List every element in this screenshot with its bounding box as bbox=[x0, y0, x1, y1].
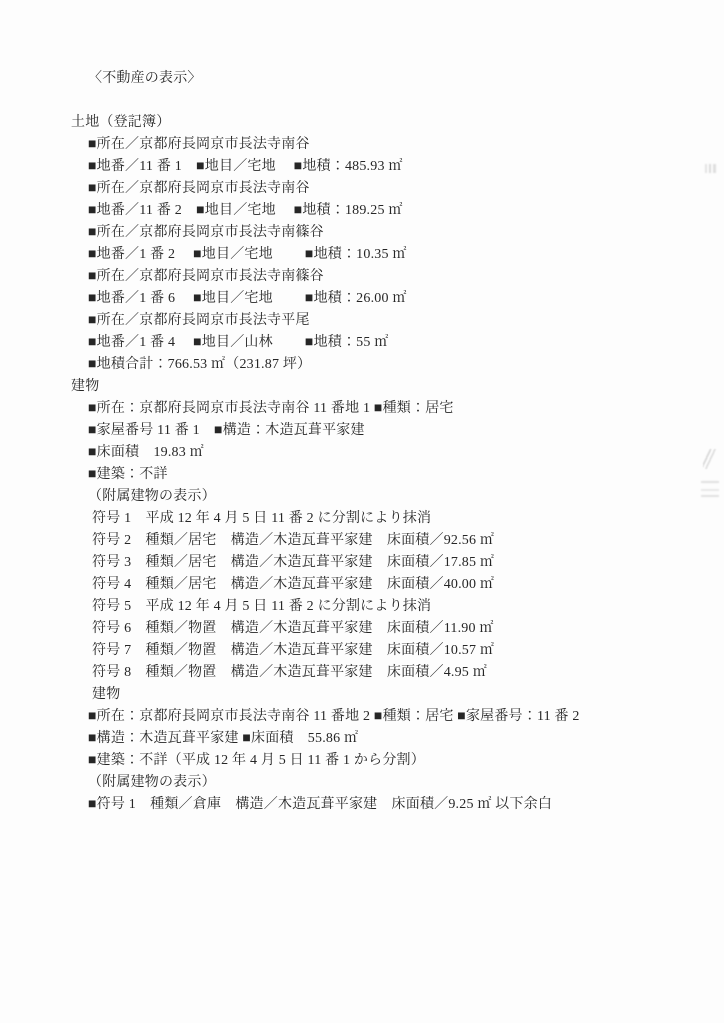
blank-line bbox=[71, 90, 691, 112]
building1-location-type: ■所在：京都府長岡京市長法寺南谷 11 番地 1 ■種類：居宅 bbox=[88, 398, 691, 420]
building1-built-date: ■建築：不詳 bbox=[88, 464, 691, 486]
building1-annex-item-2: 符号 2 種類／居宅 構造／木造瓦葺平家建 床面積／92.56 ㎡ bbox=[92, 530, 691, 552]
building2-annex-item-1: ■符号 1 種類／倉庫 構造／木造瓦葺平家建 床面積／9.25 ㎡ 以下余白 bbox=[88, 794, 691, 816]
building2-section-heading: 建物 bbox=[92, 684, 691, 706]
building1-annex-item-7: 符号 7 種類／物置 構造／木造瓦葺平家建 床面積／10.57 ㎡ bbox=[92, 640, 691, 662]
building1-annex-heading: （附属建物の表示） bbox=[88, 486, 691, 508]
land-section-heading: 土地（登記簿） bbox=[71, 112, 691, 134]
parcel-4-location: ■所在／京都府長岡京市長法寺南篠谷 bbox=[88, 266, 691, 288]
document-title: 〈不動産の表示〉 bbox=[88, 68, 691, 90]
scan-artifact bbox=[701, 481, 719, 501]
scan-artifact bbox=[703, 449, 719, 469]
parcel-5-details: ■地番／1 番 4 ■地目／山林 ■地積：55 ㎡ bbox=[88, 332, 691, 354]
parcel-1-details: ■地番／11 番 1 ■地目／宅地 ■地積：485.93 ㎡ bbox=[88, 156, 691, 178]
building2-annex-heading: （附属建物の表示） bbox=[88, 772, 691, 794]
building2-built-date: ■建築：不詳（平成 12 年 4 月 5 日 11 番 1 から分割） bbox=[88, 750, 691, 772]
parcel-3-location: ■所在／京都府長岡京市長法寺南篠谷 bbox=[88, 222, 691, 244]
building2-location-type-number: ■所在：京都府長岡京市長法寺南谷 11 番地 2 ■種類：居宅 ■家屋番号：11… bbox=[88, 706, 691, 728]
parcel-5-location: ■所在／京都府長岡京市長法寺平尾 bbox=[88, 310, 691, 332]
parcel-1-location: ■所在／京都府長岡京市長法寺南谷 bbox=[88, 134, 691, 156]
building1-annex-item-5: 符号 5 平成 12 年 4 月 5 日 11 番 2 に分割により抹消 bbox=[92, 596, 691, 618]
building1-floor-area: ■床面積 19.83 ㎡ bbox=[88, 442, 691, 464]
building1-number-structure: ■家屋番号 11 番 1 ■構造：木造瓦葺平家建 bbox=[88, 420, 691, 442]
building1-annex-item-8: 符号 8 種類／物置 構造／木造瓦葺平家建 床面積／4.95 ㎡ bbox=[92, 662, 691, 684]
building1-annex-item-1: 符号 1 平成 12 年 4 月 5 日 11 番 2 に分割により抹消 bbox=[92, 508, 691, 530]
parcel-2-details: ■地番／11 番 2 ■地目／宅地 ■地積：189.25 ㎡ bbox=[88, 200, 691, 222]
building1-annex-item-4: 符号 4 種類／居宅 構造／木造瓦葺平家建 床面積／40.00 ㎡ bbox=[92, 574, 691, 596]
building1-section-heading: 建物 bbox=[71, 376, 691, 398]
parcel-4-details: ■地番／1 番 6 ■地目／宅地 ■地積：26.00 ㎡ bbox=[88, 288, 691, 310]
building1-annex-item-3: 符号 3 種類／居宅 構造／木造瓦葺平家建 床面積／17.85 ㎡ bbox=[92, 552, 691, 574]
building2-structure-floor-area: ■構造：木造瓦葺平家建 ■床面積 55.86 ㎡ bbox=[88, 728, 691, 750]
scan-artifact bbox=[705, 164, 720, 173]
building1-annex-item-6: 符号 6 種類／物置 構造／木造瓦葺平家建 床面積／11.90 ㎡ bbox=[92, 618, 691, 640]
scanned-document-page: 〈不動産の表示〉 土地（登記簿） ■所在／京都府長岡京市長法寺南谷 ■地番／11… bbox=[0, 0, 724, 1023]
parcel-2-location: ■所在／京都府長岡京市長法寺南谷 bbox=[88, 178, 691, 200]
land-area-total: ■地積合計：766.53 ㎡（231.87 坪） bbox=[88, 354, 691, 376]
parcel-3-details: ■地番／1 番 2 ■地目／宅地 ■地積：10.35 ㎡ bbox=[88, 244, 691, 266]
document-content: 〈不動産の表示〉 土地（登記簿） ■所在／京都府長岡京市長法寺南谷 ■地番／11… bbox=[71, 68, 691, 816]
